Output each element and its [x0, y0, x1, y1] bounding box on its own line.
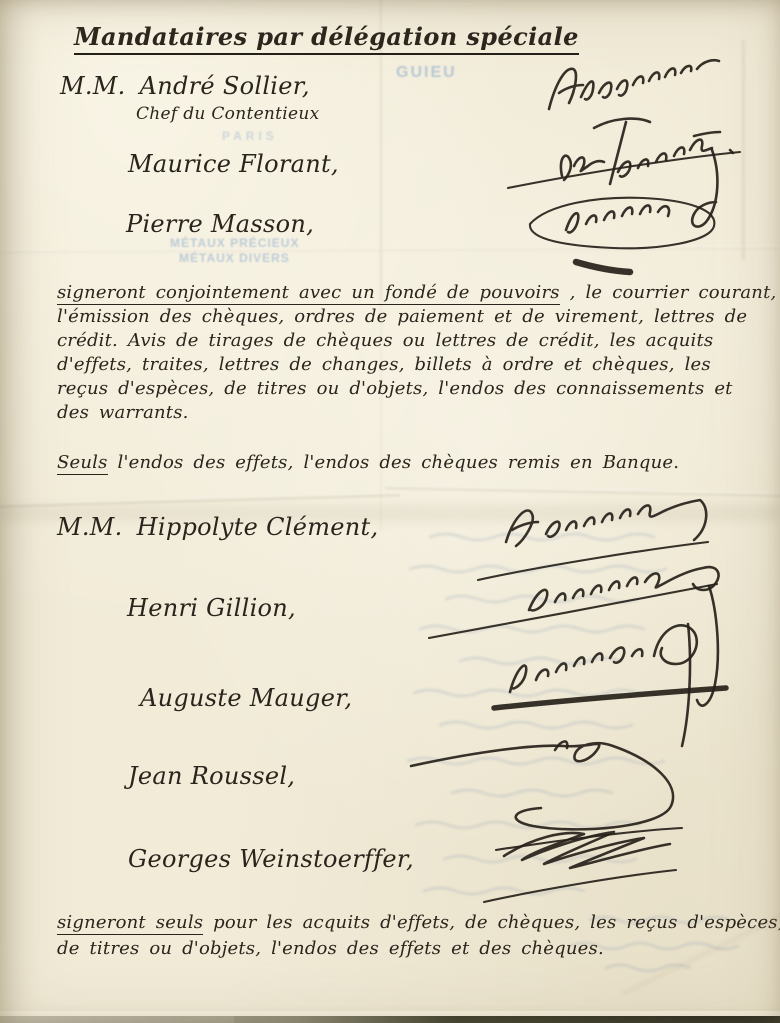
signature-masson [518, 188, 728, 283]
ghost-letterhead-firm: GUIEU [396, 64, 457, 82]
document-title: Mandataires par délégation spéciale [74, 22, 579, 55]
name-georges-weinstoerffer: Georges Weinstoerffer, [128, 845, 414, 873]
name-auguste-mauger: Auguste Mauger, [140, 684, 352, 712]
ghost-letterhead-city: PARIS [222, 129, 278, 143]
role-chef-du-contentieux: Chef du Contentieux [136, 104, 320, 124]
paragraph1-line2: l'émission des chèques, ordres de paieme… [57, 306, 747, 327]
center-fold-left [0, 492, 400, 507]
paragraph2-underlined: Seuls [57, 452, 108, 475]
group1-name1-line: M.M.André Sollier, [60, 72, 310, 100]
scan-bottom-edge [0, 1016, 780, 1023]
paragraph1-line4: d'effets, traites, lettres de changes, b… [57, 354, 711, 375]
signature-sollier [545, 57, 745, 117]
name-henri-gillion: Henri Gillion, [127, 594, 296, 622]
paragraph3-underlined: signeront seuls [57, 912, 203, 935]
name-jean-roussel: Jean Roussel, [128, 762, 295, 790]
paragraph1-line3: crédit. Avis de tirages de chèques ou le… [57, 330, 713, 351]
paragraph1-line1: signeront conjointement avec un fondé de… [57, 282, 776, 303]
ghost-letterhead-line2: MÉTAUX DIVERS [179, 251, 290, 265]
name-pierre-masson: Pierre Masson, [126, 210, 314, 238]
paragraph2-line: Seuls l'endos des effets, l'endos des ch… [57, 452, 679, 473]
name-andre-sollier: André Sollier, [140, 72, 310, 100]
name-hippolyte-clement: Hippolyte Clément, [137, 513, 379, 541]
paragraph2-rest: l'endos des effets, l'endos des chèques … [108, 452, 680, 473]
name-maurice-florant: Maurice Florant, [128, 150, 339, 178]
scanned-document-page: GUIEU PARIS MÉTAUX PRÉCIEUX MÉTAUX DIVER… [0, 0, 780, 1023]
paragraph1-underlined: signeront conjointement avec un fondé de… [57, 282, 560, 305]
signature-weinstoerffer [468, 816, 713, 916]
group2-name1-line: M.M.Hippolyte Clément, [57, 513, 378, 541]
group1-prefix: M.M. [60, 72, 126, 100]
paragraph3-line2: de titres ou d'objets, l'endos des effet… [57, 938, 604, 959]
ghost-letterhead-line1: MÉTAUX PRÉCIEUX [170, 236, 299, 250]
paragraph1-line1-rest: , le courrier courant, [560, 282, 777, 303]
group2-prefix: M.M. [57, 513, 123, 541]
paragraph1-line6: des warrants. [57, 402, 189, 423]
paragraph1-line5: reçus d'espèces, de titres ou d'objets, … [57, 378, 733, 399]
